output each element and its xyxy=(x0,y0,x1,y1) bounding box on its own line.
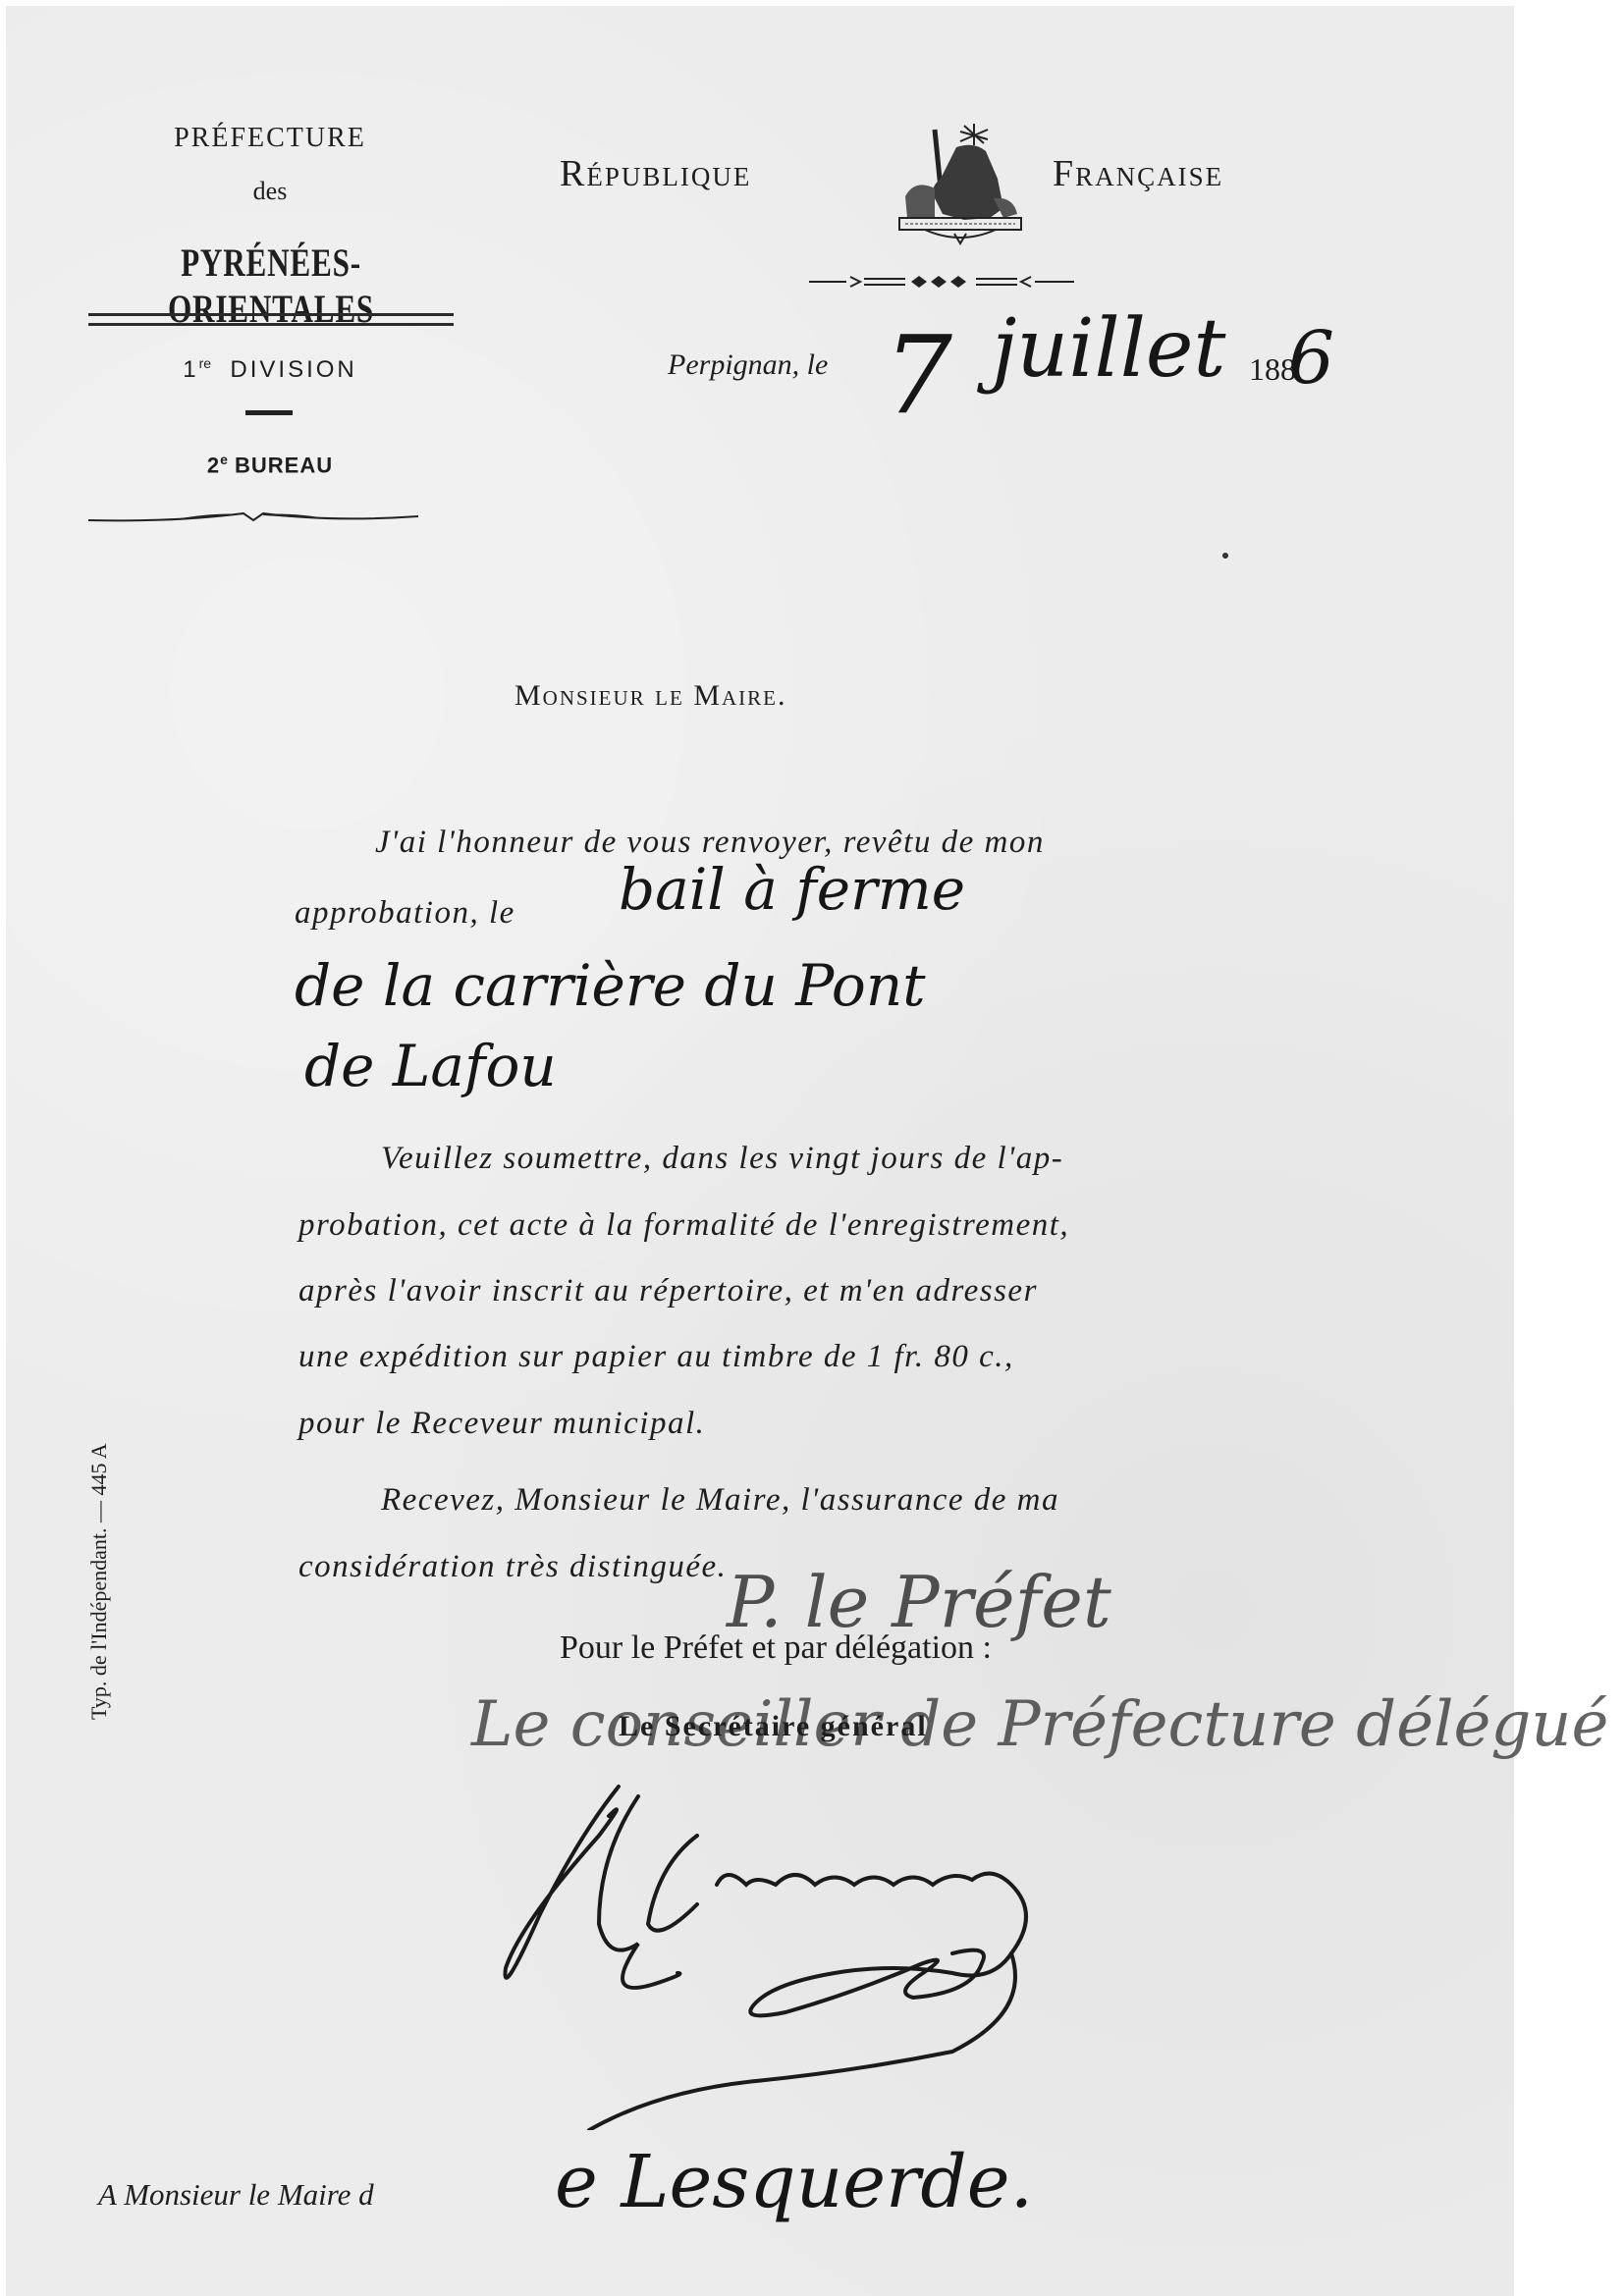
francaise-word: Française xyxy=(1053,152,1223,195)
ornamental-separator-icon xyxy=(807,271,1076,293)
body-line: une expédition sur papier au timbre de 1… xyxy=(298,1339,1014,1375)
short-dash-divider xyxy=(245,410,293,415)
handwritten-signature-icon xyxy=(461,1777,1443,2130)
body-line: pour le Receveur municipal. xyxy=(298,1406,705,1442)
division-text: DIVISION xyxy=(230,356,356,383)
addressee-handwritten: e Lesquerde. xyxy=(555,2140,1033,2224)
bureau-text: BUREAU xyxy=(235,453,333,477)
ornamental-swash-icon xyxy=(86,508,420,528)
body-line: considération très distinguée. xyxy=(298,1549,727,1585)
division-number: 1 xyxy=(183,356,198,383)
salutation: Monsieur le Maire. xyxy=(514,679,787,713)
printer-imprint: Typ. de l'Indépendant. — 445 A xyxy=(86,1258,112,1720)
division-label: 1re DIVISION xyxy=(137,355,403,384)
ink-speck xyxy=(1222,553,1228,559)
double-rule-bottom xyxy=(88,323,454,326)
secretary-title: Le Secrétaire général xyxy=(619,1710,928,1743)
department-name: PYRÉNÉES-ORIENTALES xyxy=(126,240,416,332)
handwritten-line: de la carrière du Pont xyxy=(295,952,926,1019)
bureau-sup: e xyxy=(220,452,228,467)
republique-word: République xyxy=(560,152,751,195)
body-line: Veuillez soumettre, dans les vingt jours… xyxy=(381,1141,1063,1177)
division-sup: re xyxy=(199,355,211,371)
body-line: approbation, le xyxy=(295,895,515,932)
place-label: Perpignan, le xyxy=(668,348,828,382)
closing-label: Pour le Préfet et par délégation : xyxy=(560,1629,992,1667)
body-line: Recevez, Monsieur le Maire, l'assurance … xyxy=(381,1482,1059,1519)
bureau-number: 2 xyxy=(207,453,220,477)
date-year-handwritten: 6 xyxy=(1288,316,1334,400)
prefecture-des: des xyxy=(137,177,403,206)
body-line: probation, cet acte à la formalité de l'… xyxy=(298,1207,1069,1244)
prefecture-title: PRÉFECTURE xyxy=(137,123,403,154)
body-line: après l'avoir inscrit au répertoire, et … xyxy=(298,1273,1038,1309)
date-month-handwritten: juillet xyxy=(992,302,1225,396)
marianne-seated-emblem-icon xyxy=(895,120,1025,247)
date-day-handwritten: 7 xyxy=(884,312,952,438)
handwritten-line: bail à ferme xyxy=(619,856,965,923)
double-rule-top xyxy=(88,313,454,316)
handwritten-line: de Lafou xyxy=(304,1033,557,1099)
bureau-label: 2e BUREAU xyxy=(167,452,373,478)
addressee-printed: A Monsieur le Maire d xyxy=(98,2177,374,2213)
